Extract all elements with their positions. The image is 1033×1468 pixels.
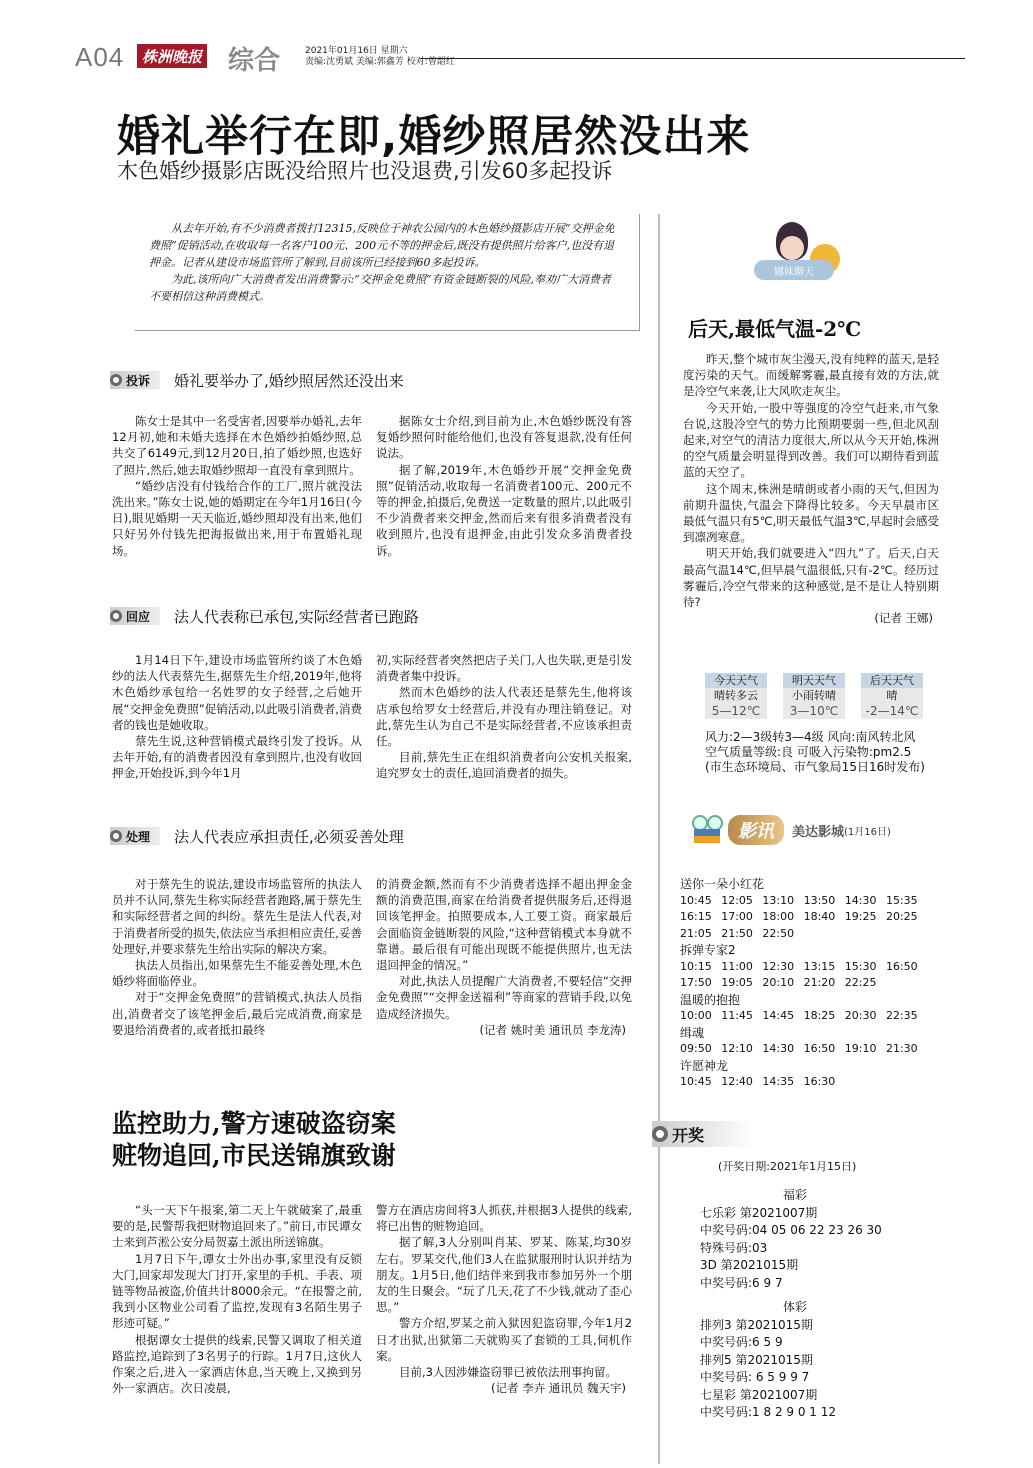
cinema-name: 美达影城 [792,821,844,840]
forecast-today: 今天天气 晴转多云 5—12℃ [705,673,767,719]
article-column: 1月14日下午,建设市场监管所约谈了木色婚纱的法人代表蔡先生,据蔡先生介绍,20… [112,652,362,782]
paragraph: 据陈女士介绍,到目前为止,木色婚纱既没有答复婚纱照何时能给他们,也没有答复退款,… [376,413,632,462]
paragraph: 目前,蔡先生正在组织消费者向公安机关报案,追究罗女士的责任,追回消费者的损失。 [376,749,632,781]
article-column: 对于蔡先生的说法,建设市场监管所的执法人员并不认同,蔡先生称实际经营者跑路,属于… [112,876,362,1038]
article-column: 初,实际经营者突然把店子关门,人也失联,更是引发消费者集中投诉。 然而木色婚纱的… [376,652,632,782]
lottery-bar: 开奖 [652,1124,754,1144]
byline: (记者 姚时美 通讯员 李龙涛) [376,1022,632,1038]
bullet-icon [110,374,122,386]
header-info: 2021年01月16日 星期六 责编:沈勇斌 美编:郭鑫芳 校对:曾韶红 [305,46,455,68]
section-title: 法人代表称已承包,实际经营者已跑路 [174,606,419,627]
section-title: 婚礼要举办了,婚纱照居然还没出来 [174,370,404,391]
cinema-header: 影讯 美达影城 (1月16日) [690,815,891,845]
headline-line: 监控助力,警方速破盗窃案 [112,1108,396,1140]
article-column: 据陈女士介绍,到目前为止,木色婚纱既没有答复婚纱照何时能给他们,也没有答复退款,… [376,413,632,559]
paragraph: “头一天下午报案,第二天上午就破案了,最重要的是,民警帮我把财物追回来了。”前日… [112,1202,362,1251]
masthead-logo: 株洲晚报 [137,44,207,68]
paragraph: 执法人员指出,如果蔡先生不能妥善处理,木色婚纱将面临停业。 [112,957,362,989]
weather-title: 后天,最低气温-2℃ [688,313,861,342]
movie-title: 许愿神龙 [680,1058,945,1075]
forecast-tomorrow: 明天天气 小雨转晴 3—10℃ [783,673,845,719]
forecast-day-after: 后天天气 晴 -2—14℃ [861,673,923,719]
movie-title: 拆弹专家2 [680,942,945,959]
lottery-fucai: 福彩 七乐彩 第2021007期 中奖号码:04 05 06 22 23 26 … [700,1187,890,1292]
paragraph: 陈女士是其中一名受害者,因要举办婚礼,去年12月初,她和未婚夫选择在木色婚纱拍婚… [112,413,362,478]
column-divider [658,214,660,1464]
lottery-category: 福彩 [700,1187,890,1205]
movie-title: 缉魂 [680,1025,945,1042]
paragraph: 昨天,整个城市灰尘漫天,没有纯粹的蓝天,是轻度污染的天气。而缓解雾霾,最直接有效… [683,351,939,400]
section-bar-handling: 处理 法人代表应承担责任,必须妥善处理 [110,826,404,846]
showtimes: 10:45 12:05 13:10 13:50 14:30 15:35 16:1… [680,893,945,943]
weather-info: 风力:2—3级转3—4级 风向:南风转北风 空气质量等级:良 可吸入污染物:pm… [705,730,925,775]
paragraph: 据了解,2019年,木色婚纱开展“交押金免费照”促销活动,收取每一名消费者100… [376,462,632,559]
paragraph: 警方介绍,罗某之前入狱因犯盗窃罪,今年1月2日才出狱,出狱第二天就购买了套锁的工… [376,1315,632,1364]
lottery-date: (开奖日期:2021年1月15日) [718,1158,856,1174]
column-logo-text: 娜妹聊天 [754,260,834,280]
paragraph: 今天开始,一股中等强度的冷空气赶来,市气象台说,这股冷空气的势力比预期要弱一些,… [683,400,939,481]
showtimes: 10:45 12:40 14:35 16:30 [680,1074,945,1091]
showtimes: 10:15 11:00 12:30 13:15 15:30 16:50 17:5… [680,959,945,992]
cinema-badge: 影讯 [728,815,784,845]
second-headline: 监控助力,警方速破盗窃案 赃物追回,市民送锦旗致谢 [112,1108,396,1172]
lead-paragraph: 为此,该所向广大消费者发出消费警示:“交押金免费照”有资金链断裂的风险,奉劝广大… [149,271,619,305]
movie-title: 温暖的抱抱 [680,992,945,1009]
byline: (记者 李卉 通讯员 魏天宇) [376,1380,632,1396]
paragraph: 1月14日下午,建设市场监管所约谈了木色婚纱的法人代表蔡先生,据蔡先生介绍,20… [112,652,362,733]
paragraph: 警方在酒店房间将3人抓获,并根据3人提供的线索,将已出售的赃物追回。 [376,1202,632,1234]
paragraph: 对此,执法人员提醒广大消费者,不要轻信“交押金免费照”“交押金送福利”等商家的营… [376,973,632,1022]
section-tag: 投诉 [126,372,150,389]
paragraph: 目前,3人因涉嫌盗窃罪已被依法刑事拘留。 [376,1364,632,1380]
bullet-icon [652,1126,668,1142]
header-rule [420,58,965,59]
weather-article: 昨天,整个城市灰尘漫天,没有纯粹的蓝天,是轻度污染的天气。而缓解雾霾,最直接有效… [683,351,939,626]
movie-title: 送你一朵小红花 [680,876,945,893]
air-quality: 空气质量等级:良 可吸入污染物:pm2.5 [705,745,925,760]
page-number: A04 [75,42,124,73]
article-column: 警方在酒店房间将3人抓获,并根据3人提供的线索,将已出售的赃物追回。 据了解,3… [376,1202,632,1396]
paragraph: 的消费金额,然而有不少消费者选择不超出押金金额的消费范围,商家在给消费者提供服务… [376,876,632,973]
section-tag: 处理 [126,828,150,845]
showtimes-list: 送你一朵小红花 10:45 12:05 13:10 13:50 14:30 15… [680,876,945,1091]
showtimes: 09:50 12:10 14:30 16:50 19:10 21:30 [680,1041,945,1058]
showtimes: 10:00 11:45 14:45 18:25 20:30 22:35 [680,1008,945,1025]
section-tag: 回应 [126,608,150,625]
paragraph: 然而木色婚纱的法人代表还是蔡先生,他将该店承包给罗女士经营后,并没有办理注销登记… [376,684,632,749]
paragraph: 蔡先生说,这种营销模式最终引发了投诉。从去年开始,有的消费者因没有拿到照片,也没… [112,733,362,782]
bullet-icon [110,610,122,622]
section-bar-complaint: 投诉 婚礼要举办了,婚纱照居然还没出来 [110,370,404,390]
paragraph: 对于蔡先生的说法,建设市场监管所的执法人员并不认同,蔡先生称实际经营者跑路,属于… [112,876,362,957]
film-projector-icon [690,815,726,845]
paragraph: 1月7日下午,谭女士外出办事,家里没有反锁大门,回家却发现大门打开,家里的手机、… [112,1251,362,1332]
paragraph: 根据谭女士提供的线索,民警又调取了相关道路监控,追踪到了3名男子的行踪。1月7日… [112,1332,362,1397]
section-bar-response: 回应 法人代表称已承包,实际经营者已跑路 [110,606,419,626]
byline: (记者 王娜) [683,610,939,626]
article-column: “头一天下午报案,第二天上午就破案了,最重要的是,民警帮我把财物追回来了。”前日… [112,1202,362,1396]
lottery-category: 体彩 [700,1299,890,1317]
lottery-title: 开奖 [672,1123,704,1146]
paragraph: “婚纱店没有付钱给合作的工厂,照片就没法洗出来。”陈女士说,她的婚期定在今年1月… [112,478,362,559]
article-column: 陈女士是其中一名受害者,因要举办婚礼,去年12月初,她和未婚夫选择在木色婚纱拍婚… [112,413,362,559]
lottery-ticai: 体彩 排列3 第2021015期 中奖号码:6 5 9 排列5 第2021015… [700,1299,890,1422]
weather-source: (市生态环境局、市气象局15日16时发布) [705,760,925,775]
paragraph: 据了解,3人分别叫肖某、罗某、陈某,均30岁左右。罗某交代,他们3人在监狱服刑时… [376,1234,632,1315]
paragraph: 这个周末,株洲是晴朗或者小雨的天气,但因为前期升温快,气温会下降得比较多。今天早… [683,481,939,546]
article-column: 的消费金额,然而有不少消费者选择不超出押金金额的消费范围,商家在给消费者提供服务… [376,876,632,1038]
section-title: 综合 [228,40,280,77]
weather-column-logo: 娜妹聊天 [752,222,842,302]
lead-paragraph: 从去年开始,有不少消费者拨打12315,反映位于神农公园内的木色婚纱摄影店开展“… [149,220,619,271]
cinema-date: (1月16日) [844,823,891,838]
section-title: 法人代表应承担责任,必须妥善处理 [174,826,404,847]
headline-line: 赃物追回,市民送锦旗致谢 [112,1140,396,1172]
lead-box: 从去年开始,有不少消费者拨打12315,反映位于神农公园内的木色婚纱摄影店开展“… [135,214,640,331]
issue-date: 2021年01月16日 星期六 [305,46,455,57]
paragraph: 对于“交押金免费照”的营销模式,执法人员指出,消费者交了该笔押金后,最后完成消费… [112,989,362,1038]
main-subheadline: 木色婚纱摄影店既没给照片也没退费,引发60多起投诉 [117,155,612,185]
wind-info: 风力:2—3级转3—4级 风向:南风转北风 [705,730,925,745]
paragraph: 初,实际经营者突然把店子关门,人也失联,更是引发消费者集中投诉。 [376,652,632,684]
bullet-icon [110,830,122,842]
paragraph: 明天开始,我们就要进入“四九”了。后天,白天最高气温14℃,但早晨气温很低,只有… [683,545,939,610]
forecast-table: 今天天气 晴转多云 5—12℃ 明天天气 小雨转晴 3—10℃ 后天天气 晴 -… [705,673,923,719]
